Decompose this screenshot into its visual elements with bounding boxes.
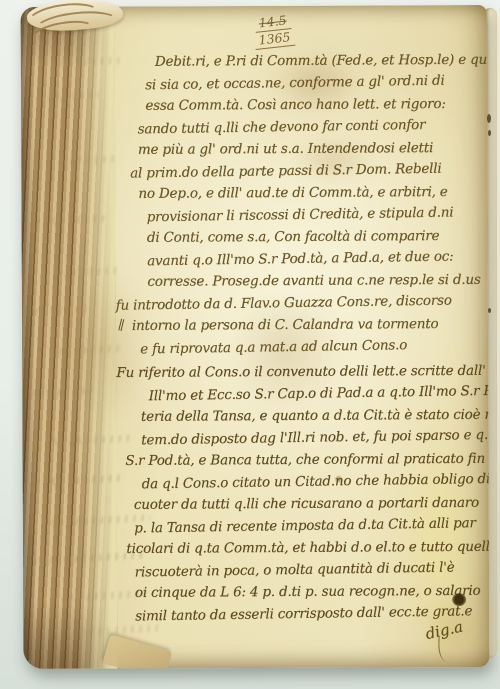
folio-numbers: 14.5 1365 <box>233 10 314 52</box>
ink-speck <box>488 308 491 313</box>
corner-fold <box>103 634 173 669</box>
photo-frame: 14.5 1365 Debit.ri, e P.ri di Comm.tà (F… <box>0 0 500 689</box>
ink-blot <box>452 593 466 606</box>
ink-speck <box>487 114 491 123</box>
manuscript-page: 14.5 1365 Debit.ri, e P.ri di Comm.tà (F… <box>21 5 490 669</box>
ink-blot <box>335 476 343 483</box>
manuscript-line: e fu riprovata q.a mat.a ad alcun Cons.o <box>114 333 486 361</box>
folio-number: 1365 <box>254 29 295 50</box>
manuscript-text: Debit.ri, e P.ri di Comm.tà (Fed.e, et H… <box>111 48 489 627</box>
ink-speck <box>488 130 491 136</box>
